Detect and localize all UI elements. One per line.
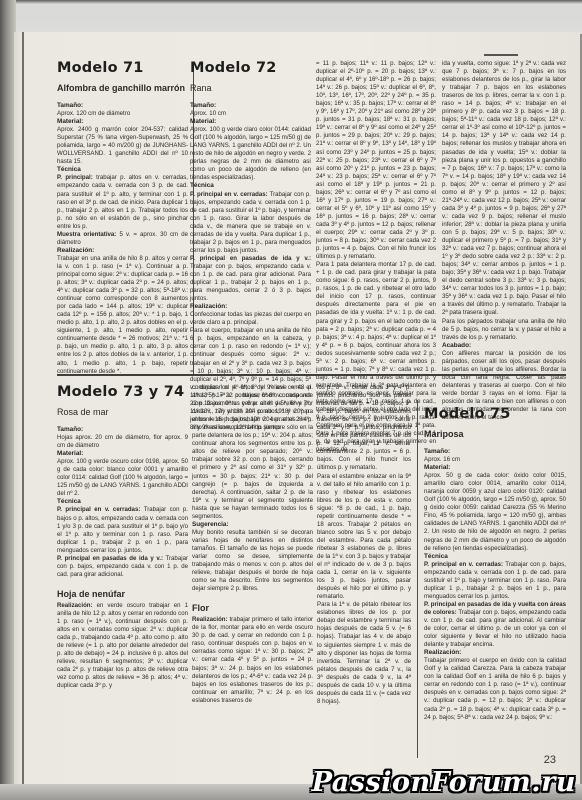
body-text: = 11 p. bajos; 11ª v.: 11 p. bajos; 12ª … <box>316 60 436 261</box>
gauge-text: Muestra orientativa: 5 v. = aprox. 30 cm… <box>57 231 188 247</box>
realization-text-1: Confeccionar todas las piezas del cuerpo… <box>190 311 311 327</box>
section-divider <box>57 374 566 376</box>
stamen-text: Para el estambre enlazar en la 9ª v. del… <box>317 473 411 602</box>
binding-line <box>22 32 24 784</box>
material-text: Aprox. 2400 g marrón color 204-537: cali… <box>57 126 188 166</box>
size-text: Aprox. 16 cm <box>424 456 566 464</box>
realization-label: Realización: <box>57 247 188 255</box>
petals-text: Para la 1ª v. de pétalo ribetear los esl… <box>317 601 411 706</box>
model-72-section: Modelo 72 Rana Tamaño: Aprox. 10 cm Mate… <box>190 60 311 432</box>
technique-text: P. principal: trabajar p. altos en v. ce… <box>57 174 188 230</box>
model-73-74-title: Modelo 73 y 74 <box>57 384 188 401</box>
technique-text-1: P. principal en v. cerradas: Trabajar co… <box>190 191 311 255</box>
material-text: Aprox. 50 g de cada color: óxido color 0… <box>424 472 566 552</box>
size-label: Tamaño: <box>57 426 188 434</box>
realization-text: Trabajar en una anilla de hilo 8 p. alto… <box>57 255 188 376</box>
model-75-section: Modelo 75 Mariposa Tamaño: Aprox. 16 cm … <box>424 406 566 722</box>
tip-label: Sugerencia: <box>192 521 313 529</box>
page-number: 23 <box>544 754 556 766</box>
model-72-subtitle: Rana <box>190 83 311 94</box>
model-73-74-col-2: continuar los p. altos del relieve = 48 … <box>192 384 313 705</box>
back-leg-text: ida y vuelta, como sigue: 1ª y 2ª v.: ca… <box>442 60 566 318</box>
eyelid-text: Para los párpados trabajar una anilla de… <box>442 318 566 342</box>
technique-text-2: P. principal en pasadas de ida y v.: Tra… <box>190 255 311 303</box>
size-label: Tamaño: <box>57 102 188 110</box>
model-75-title: Modelo 75 <box>424 406 566 423</box>
material-label: Material: <box>424 464 566 472</box>
realization-label: Realización: <box>424 649 566 657</box>
model-75-subtitle: Mariposa <box>424 429 566 440</box>
leaf-heading: Hoja de nenúfar <box>57 589 188 600</box>
technique-label: Técnica <box>190 182 311 190</box>
model-72-continued-col-3: ida y vuelta, como sigue: 1ª y 2ª v.: ca… <box>442 60 566 422</box>
model-71-title: Modelo 71 <box>57 60 188 77</box>
material-text: Aprox. 100 g verde oscuro color 0198, ap… <box>57 458 188 498</box>
technique-text-2: P. principal en pasadas de ida y vuelta … <box>424 601 566 649</box>
technique-label: Técnica <box>424 553 566 561</box>
model-71-section: Modelo 71 Alfombra de ganchillo marrón T… <box>57 60 188 376</box>
technique-text-2: P. principal en pasadas de ida y v.: Tra… <box>57 555 188 579</box>
material-text: Aprox. 100 g verde claro color 0144: cal… <box>190 126 311 182</box>
column-divider <box>417 400 418 758</box>
top-mark <box>484 54 518 56</box>
model-73-74-section: Modelo 73 y 74 Rosa de mar Tamaño: Hojas… <box>57 384 188 690</box>
tip-text: Muy bonito resulta también si se decoran… <box>192 529 313 593</box>
leaf-text: Realización: en verde oscuro trabajar en… <box>57 602 188 691</box>
realization-text: Trabajar primero el cuerpo en óxido con … <box>424 657 566 721</box>
size-text: Hojas aprox. 20 cm de diámetro, flor apr… <box>57 434 188 450</box>
model-73-74-subtitle: Rosa de mar <box>57 407 188 418</box>
material-label: Material: <box>57 450 188 458</box>
model-71-subtitle: Alfombra de ganchillo marrón <box>57 83 188 94</box>
technique-label: Técnica <box>57 498 188 506</box>
finish-label: Acabado: <box>442 342 566 350</box>
material-label: Material: <box>190 118 311 126</box>
magazine-page: Modelo 71 Alfombra de ganchillo marrón T… <box>14 32 580 784</box>
flower-text-continued: los p.; 8ª v.: cerrar cada 3º y 4º p. ju… <box>317 384 411 473</box>
technique-text-1: P. principal en v. cerradas: Trabajar co… <box>424 561 566 601</box>
model-72-title: Modelo 72 <box>190 60 311 77</box>
size-text: Aprox. 120 cm de diámetro <box>57 110 188 118</box>
material-label: Material: <box>57 118 188 126</box>
size-label: Tamaño: <box>424 448 566 456</box>
flower-heading: Flor <box>192 603 313 614</box>
scan-top-edge <box>0 0 582 34</box>
leaf-text-continued: continuar los p. altos del relieve = 48 … <box>192 384 313 521</box>
technique-text-1: P. principal en v. cerradas: Trabajar co… <box>57 506 188 554</box>
size-label: Tamaño: <box>190 102 311 110</box>
size-text: Aprox. 10 cm <box>190 110 311 118</box>
technique-label: Técnica <box>57 166 188 174</box>
realization-label: Realización: <box>190 303 311 311</box>
model-73-74-col-3: los p.; 8ª v.: cerrar cada 3º y 4º p. ju… <box>317 384 411 706</box>
flower-text: Realización: trabajar primero el tallo i… <box>192 616 313 705</box>
watermark-logo: PassionForum.ru <box>312 767 576 798</box>
